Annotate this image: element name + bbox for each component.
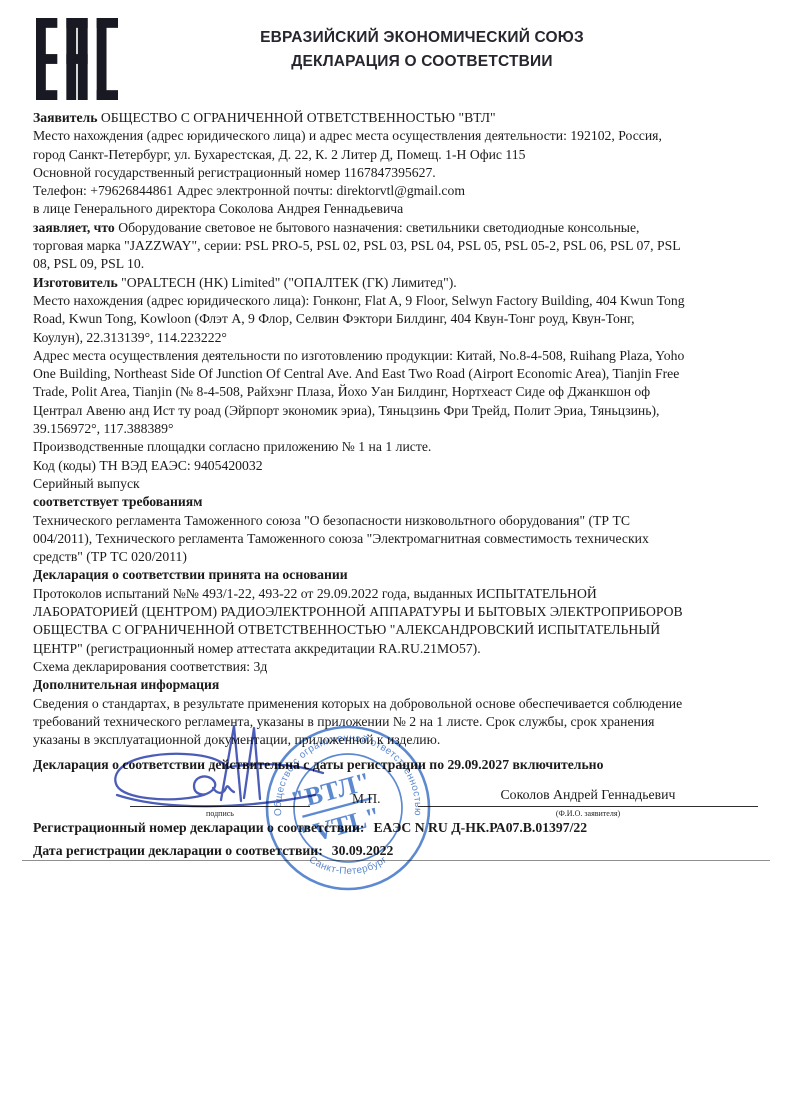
eac-logo-icon <box>36 18 118 100</box>
document-line: ОБЩЕСТВА С ОГРАНИЧЕННОЙ ОТВЕТСТВЕННОСТЬЮ… <box>33 621 759 639</box>
document-line: Централ Авеню анд Ист ту роад (Эйрпорт э… <box>33 402 759 420</box>
document-line: в лице Генерального директора Соколова А… <box>33 200 759 218</box>
document-title: ДЕКЛАРАЦИЯ О СООТВЕТСТВИИ <box>202 50 642 74</box>
document-line: One Building, Northeast Side Of Junction… <box>33 365 759 383</box>
document-line: Схема декларирования соответствия: 3д <box>33 658 759 676</box>
document-line: Основной государственный регистрационный… <box>33 164 759 182</box>
document-line: город Санкт-Петербург, ул. Бухарестская,… <box>33 146 759 164</box>
document-line: ЛАБОРАТОРИЕЙ (ЦЕНТРОМ) РАДИОЭЛЕКТРОННОЙ … <box>33 603 759 621</box>
applicant-name-caption: (Ф.И.О. заявителя) <box>418 809 758 818</box>
applicant-name-line <box>418 806 758 807</box>
document-line: Коулун), 22.313139°, 114.223222° <box>33 329 759 347</box>
document-line: 08, PSL 09, PSL 10. <box>33 255 759 273</box>
document-line: Дополнительная информация <box>33 676 759 694</box>
handwritten-signature <box>95 695 355 825</box>
document-line: Телефон: +79626844861 Адрес электронной … <box>33 182 759 200</box>
svg-text:Санкт-Петербург: Санкт-Петербург <box>307 854 389 877</box>
document-line: Декларация о соответствии принята на осн… <box>33 566 759 584</box>
document-line: 004/2011), Технического регламента Тамож… <box>33 530 759 548</box>
union-title: ЕВРАЗИЙСКИЙ ЭКОНОМИЧЕСКИЙ СОЮЗ <box>202 26 642 50</box>
document-line: Road, Kwun Tong, Kowloon (Флэт А, 9 Флор… <box>33 310 759 328</box>
document-line: Технического регламента Таможенного союз… <box>33 512 759 530</box>
document-line: ЦЕНТР" (регистрационный номер аттестата … <box>33 640 759 658</box>
document-line: Протоколов испытаний №№ 493/1-22, 493-22… <box>33 585 759 603</box>
declaration-page: ЕВРАЗИЙСКИЙ ЭКОНОМИЧЕСКИЙ СОЮЗ ДЕКЛАРАЦИ… <box>0 0 792 1120</box>
document-line: Производственные площадки согласно прило… <box>33 438 759 456</box>
document-line: 39.156972°, 117.388389° <box>33 420 759 438</box>
document-line: Изготовитель "OPALTECH (HK) Limited" ("О… <box>33 274 759 292</box>
document-line: Место нахождения (адрес юридического лиц… <box>33 292 759 310</box>
document-line: соответствует требованиям <box>33 493 759 511</box>
document-line: Серийный выпуск <box>33 475 759 493</box>
applicant-name: Соколов Андрей Геннадьевич <box>418 787 758 803</box>
document-body: Заявитель ОБЩЕСТВО С ОГРАНИЧЕННОЙ ОТВЕТС… <box>33 109 759 749</box>
document-line: Код (коды) ТН ВЭД ЕАЭС: 9405420032 <box>33 457 759 475</box>
document-line: средств" (ТР ТС 020/2011) <box>33 548 759 566</box>
stamp-city-text: Санкт-Петербург <box>307 854 389 877</box>
document-line: Адрес места осуществления деятельности п… <box>33 347 759 365</box>
document-line: заявляет, что Оборудование световое не б… <box>33 219 759 237</box>
document-line: торговая марка "JAZZWAY", серии: PSL PRO… <box>33 237 759 255</box>
document-line: Trade, Polit Area, Tianjin (№ 8-4-508, Р… <box>33 383 759 401</box>
document-line: Заявитель ОБЩЕСТВО С ОГРАНИЧЕННОЙ ОТВЕТС… <box>33 109 759 127</box>
document-header: ЕВРАЗИЙСКИЙ ЭКОНОМИЧЕСКИЙ СОЮЗ ДЕКЛАРАЦИ… <box>202 26 642 74</box>
document-line: Место нахождения (адрес юридического лиц… <box>33 127 759 145</box>
